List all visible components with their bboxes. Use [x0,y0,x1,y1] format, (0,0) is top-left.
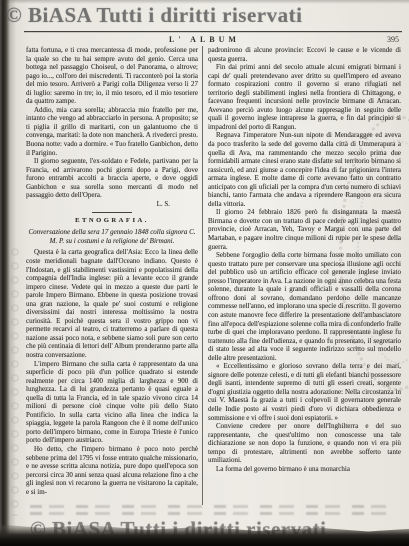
header-rule [24,31,402,32]
page-number: 395 [387,35,399,44]
left-column: fatta fortuna, e ti crea mercantessa di … [26,46,198,505]
watermark-top: © BiASA Tutti i diritti riservati [6,3,302,28]
showthrough-text-lines [30,505,395,521]
column-divider-rule [202,46,203,505]
paragraph: L'impero Birmano che sulla carta è rappr… [26,360,198,445]
paragraph: Addio, mia cara sorella; abbraccia mio f… [26,106,198,157]
paragraph: « Eccellentissimo e glorioso sovrano del… [208,362,401,422]
scan-shadow-band [0,520,409,546]
paragraph: Fin dai primi anni del secolo attuale al… [208,63,401,131]
scanned-page: © BiASA Tutti i diritti riservati L' ALB… [0,0,409,546]
section-heading: ETNOGRAFIA. [26,216,198,225]
paragraph: fatta fortuna, e ti crea mercantessa di … [26,46,198,106]
paragraph: Ho detto, che l'impero birmano è poco no… [26,445,198,496]
paragraph: padronirono di alcune provincie: Eccovi … [208,46,401,63]
showthrough-ornament-left [8,245,23,516]
paragraph: Il giorno seguente, l'ex-soldato e Fedel… [26,157,198,200]
paragraph: La forma del governo birmano è una monar… [208,465,401,474]
showthrough-row [30,512,395,515]
paragraph: Sebbene l'orgoglio della corte birmana f… [208,251,401,362]
paragraph: Questa è la carta geografica dell'Asia: … [26,248,198,359]
journal-title: L' ALBUM [0,35,409,44]
section-subtitle: Conversazione della sera 17 gennaio 1848… [26,228,198,246]
text-columns: fatta fortuna, e ti crea mercantessa di … [26,46,401,505]
paragraph: Il giorno 24 febbraio 1826 però fu disin… [208,208,401,251]
author-initials: L. S. [26,200,198,209]
showthrough-row [30,505,395,508]
paragraph: Regnava l'imperatore Nun-sun nipote di M… [208,131,401,208]
section-separator-rule [92,212,132,213]
paragraph: Conviene credere per onore dell'Inghilte… [208,422,401,465]
right-column: padronirono di alcune provincie: Eccovi … [208,46,401,505]
